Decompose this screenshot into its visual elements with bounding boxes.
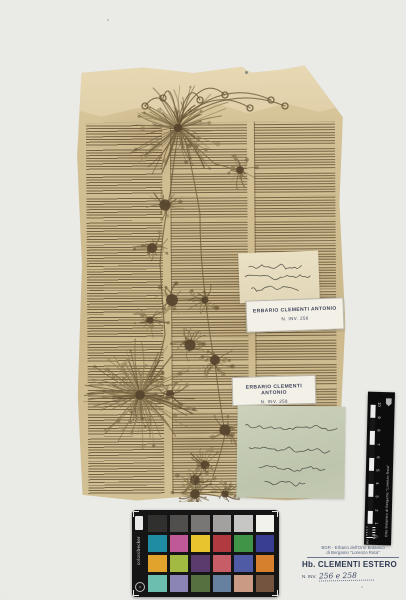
dust-speck bbox=[245, 71, 248, 74]
color-swatch bbox=[256, 515, 275, 532]
color-swatch bbox=[213, 575, 232, 592]
color-swatch bbox=[148, 535, 167, 552]
ruler-tick-number: 10 bbox=[377, 400, 382, 408]
color-checker-card: colorchecker x bbox=[132, 510, 279, 597]
herbarium-name: Hb. CLEMENTI ESTERO bbox=[302, 560, 404, 569]
color-swatch bbox=[213, 535, 232, 552]
ruler-tick-number: 2 bbox=[374, 506, 379, 514]
checker-logo-chip bbox=[135, 516, 143, 530]
ruler-cm-segment bbox=[370, 431, 375, 444]
annotation-divider bbox=[307, 557, 399, 558]
color-swatch bbox=[191, 535, 210, 552]
inventory-number-handwritten: 256 e 258 bbox=[319, 570, 374, 581]
color-swatch bbox=[256, 535, 275, 552]
color-swatch bbox=[148, 515, 167, 532]
ruler-tick-number: 8 bbox=[376, 427, 381, 435]
ruler-cm-segment bbox=[368, 510, 373, 523]
color-swatch bbox=[191, 575, 210, 592]
corner-mark-icon bbox=[133, 590, 139, 596]
corner-mark-icon bbox=[272, 511, 278, 517]
dust-speck bbox=[361, 586, 363, 588]
collection-annotation: BGR - Erbario dell'Orto Botanico di Berg… bbox=[302, 545, 404, 581]
ruler-tick-number: 9 bbox=[377, 414, 382, 422]
ruler-tick-number: 6 bbox=[376, 453, 381, 461]
color-swatch bbox=[234, 535, 253, 552]
color-swatch bbox=[148, 575, 167, 592]
dust-speck bbox=[107, 19, 109, 21]
color-swatch bbox=[234, 575, 253, 592]
herbarium-photo-stage: ERBARIO CLEMENTI ANTONIO N. INV. 256 ERB… bbox=[0, 0, 406, 600]
stamped-label-2: ERBARIO CLEMENTI ANTONIO N. INV. 258 bbox=[232, 375, 317, 406]
stamp-inventory-number: N. INV. 258 bbox=[233, 398, 315, 405]
ruler-scale bbox=[368, 392, 395, 393]
color-swatch bbox=[170, 515, 189, 532]
checker-side-strip: colorchecker x bbox=[132, 510, 147, 597]
ruler-cm-segment bbox=[369, 444, 374, 457]
checker-brand-text: colorchecker bbox=[136, 536, 141, 565]
color-swatch bbox=[170, 535, 189, 552]
ruler-tick-number: 3 bbox=[375, 493, 380, 501]
ruler-tick-number: 5 bbox=[375, 466, 380, 474]
ruler-cm-segment bbox=[369, 471, 374, 484]
ruler-cm-segment bbox=[367, 524, 372, 537]
color-swatch bbox=[191, 515, 210, 532]
torn-paper-strip bbox=[73, 63, 345, 119]
ruler-cm-segment bbox=[370, 405, 375, 418]
handwritten-label-green bbox=[236, 405, 345, 498]
ruler-cm-segment bbox=[368, 497, 373, 510]
color-swatch bbox=[148, 555, 167, 572]
checker-swatch-grid bbox=[148, 515, 274, 592]
cm-scale-ruler: cm Orto Botanico di Bergamo "Lorenzo Rot… bbox=[364, 392, 395, 546]
ruler-tick-number: 4 bbox=[375, 480, 380, 488]
ruler-tick-number: 1 bbox=[374, 519, 379, 527]
ruler-tick-number: 7 bbox=[376, 440, 381, 448]
ruler-cm-segment bbox=[368, 484, 373, 497]
inventory-row: N. INV. 256 e 258 bbox=[302, 571, 404, 581]
handwritten-label-cream bbox=[238, 251, 320, 304]
stamp-inventory-number: N. INV. 256 bbox=[247, 314, 343, 322]
corner-mark-icon bbox=[272, 590, 278, 596]
color-swatch bbox=[191, 555, 210, 572]
stamp-title: ERBARIO CLEMENTI ANTONIO bbox=[233, 383, 315, 397]
color-swatch bbox=[213, 555, 232, 572]
color-swatch bbox=[234, 515, 253, 532]
color-swatch bbox=[256, 555, 275, 572]
annotation-line-2: di Bergamo "Lorenzo Rota" bbox=[302, 550, 404, 555]
ruler-unit-label: cm bbox=[365, 539, 369, 544]
ruler-side-text: Orto Botanico di Bergamo "Lorenzo Rota" bbox=[384, 410, 391, 537]
corner-mark-icon bbox=[133, 511, 139, 517]
botanical-garden-emblem-icon bbox=[386, 398, 392, 406]
newspaper-column bbox=[86, 122, 165, 495]
ruler-cm-segment bbox=[369, 458, 374, 471]
color-swatch bbox=[234, 555, 253, 572]
inventory-prefix: N. INV. bbox=[302, 574, 316, 579]
ruler-cm-segment bbox=[370, 418, 375, 431]
stamped-label-1: ERBARIO CLEMENTI ANTONIO N. INV. 256 bbox=[245, 297, 344, 332]
color-swatch bbox=[213, 515, 232, 532]
stamp-title: ERBARIO CLEMENTI ANTONIO bbox=[247, 305, 343, 314]
color-swatch bbox=[170, 575, 189, 592]
ruler-tick-number: 0 bbox=[374, 532, 379, 540]
handwriting-strokes bbox=[236, 405, 345, 498]
color-swatch bbox=[170, 555, 189, 572]
handwriting-strokes bbox=[238, 251, 320, 304]
